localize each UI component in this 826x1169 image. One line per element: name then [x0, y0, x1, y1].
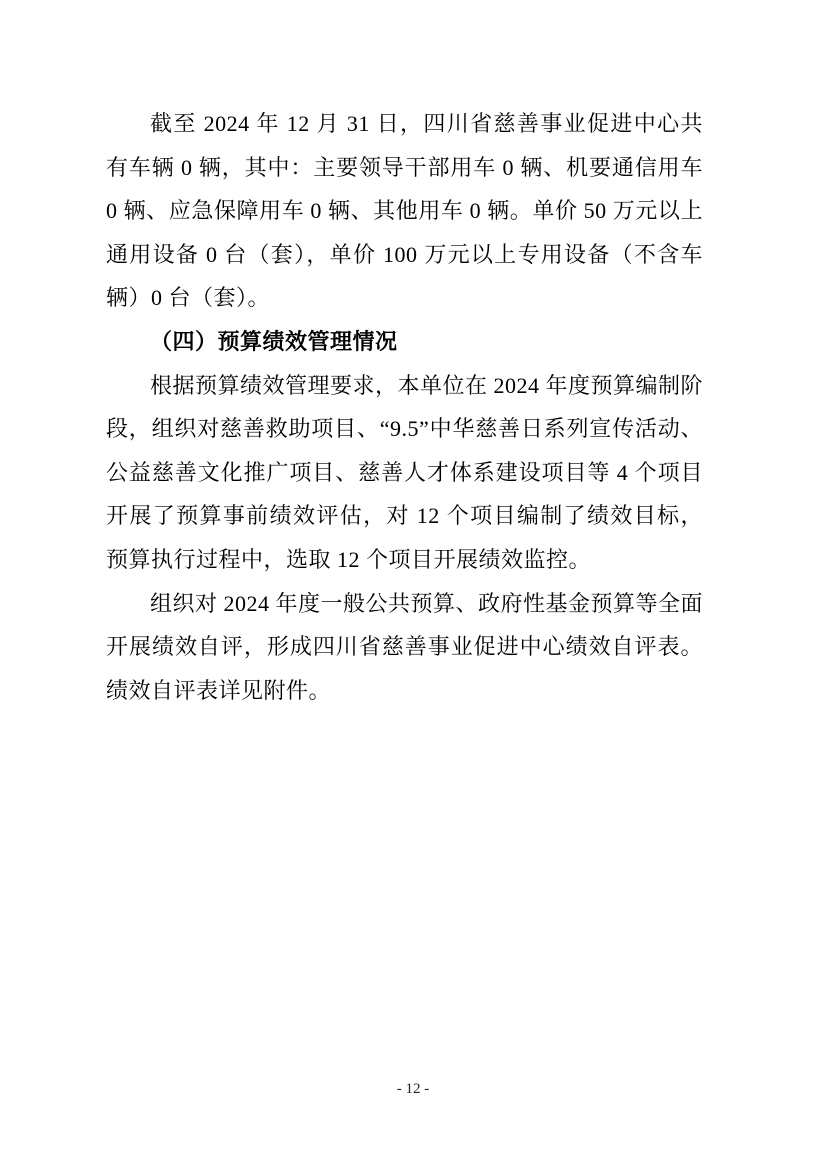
- page-content: 截至 2024 年 12 月 31 日，四川省慈善事业促进中心共有车辆 0 辆，…: [106, 102, 703, 712]
- page-footer: - 12 -: [0, 1080, 826, 1098]
- paragraph-vehicles-assets: 截至 2024 年 12 月 31 日，四川省慈善事业促进中心共有车辆 0 辆，…: [106, 102, 703, 320]
- document-page: 截至 2024 年 12 月 31 日，四川省慈善事业促进中心共有车辆 0 辆，…: [0, 0, 826, 1169]
- page-number: - 12 -: [397, 1081, 430, 1097]
- paragraph-performance-management: 根据预算绩效管理要求，本单位在 2024 年度预算编制阶段，组织对慈善救助项目、…: [106, 364, 703, 582]
- section-heading-budget-performance: （四）预算绩效管理情况: [106, 320, 703, 364]
- paragraph-self-evaluation: 组织对 2024 年度一般公共预算、政府性基金预算等全面开展绩效自评，形成四川省…: [106, 582, 703, 713]
